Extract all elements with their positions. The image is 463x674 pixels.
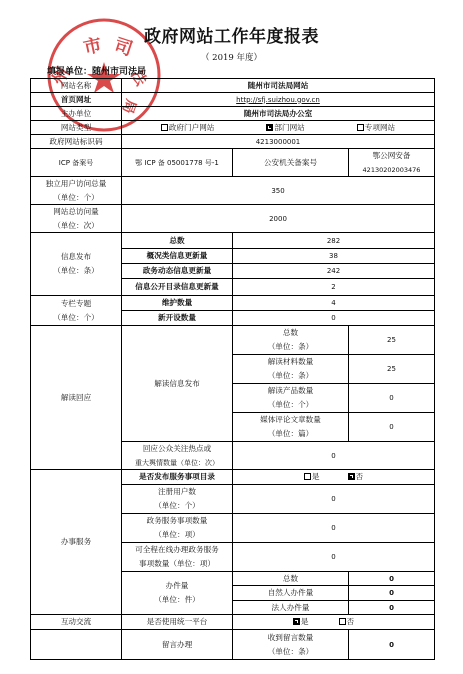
site-code-label: 政府网站标识码 — [30, 134, 122, 149]
interaction-label: 互动交流 — [30, 614, 122, 630]
interpret-product-label: 解读产品数量 （单位：个） — [232, 383, 349, 413]
sponsor-value: 随州市司法局办公室 — [121, 106, 435, 121]
site-code-value: 4213000001 — [121, 134, 435, 149]
cases-total-value: 0 — [348, 571, 435, 586]
info-catalog-value: 2 — [232, 278, 435, 296]
interpret-publish-label: 解读信息发布 — [121, 325, 233, 442]
info-publish-label: 信息发布 （单位：条） — [30, 232, 122, 296]
checkbox-unchecked-icon[interactable] — [304, 473, 311, 480]
site-name-value: 随州市司法局网站 — [121, 78, 435, 93]
filling-unit: 填报单位：随州市司法局 — [47, 64, 146, 77]
site-type-option-special[interactable]: 专项网站 — [357, 121, 395, 135]
service-items-label: 政务服务事项数量 （单位：项） — [121, 513, 233, 543]
unique-visitors-label: 独立用户访问总量 （单位：个） — [30, 176, 122, 205]
interpret-product-value: 0 — [348, 383, 435, 413]
icp-value: 鄂 ICP 备 05001778 号-1 — [121, 148, 233, 177]
icp-label: ICP 备案号 — [30, 148, 122, 177]
info-news-label: 政务动态信息更新量 — [121, 263, 233, 279]
site-type-option-department[interactable]: 部门网站 — [266, 121, 304, 135]
total-visits-value: 2000 — [121, 204, 435, 233]
filling-unit-label: 填报单位： — [47, 67, 92, 77]
site-type-option-portal[interactable]: 政府门户网站 — [161, 121, 215, 135]
interpret-material-value: 25 — [348, 354, 435, 384]
interpret-label: 解读回应 — [30, 325, 122, 470]
columns-new-label: 新开设数量 — [121, 310, 233, 326]
checkbox-checked-icon[interactable] — [348, 473, 355, 480]
sponsor-label: 主办单位 — [30, 106, 122, 121]
columns-maintained-value: 4 — [232, 295, 435, 311]
police-record-value: 鄂公网安备 42130202003476 — [348, 148, 435, 177]
report-year: （ 2019 年度） — [0, 51, 463, 63]
checkbox-unchecked-icon[interactable] — [339, 618, 346, 625]
unified-platform-options: 是 否 — [232, 614, 435, 630]
report-title: 政府网站工作年度报表 — [0, 22, 463, 47]
online-items-value: 0 — [232, 542, 435, 572]
hotspot-value: 0 — [232, 441, 435, 470]
info-overview-value: 38 — [232, 248, 435, 264]
catalog-option-yes[interactable]: 是 — [304, 470, 320, 484]
home-url-label: 首页网址 — [30, 92, 122, 107]
cases-total-label: 总数 — [232, 571, 349, 586]
home-url-link[interactable]: http://sfj.suizhou.gov.cn — [236, 93, 320, 107]
unified-platform-label: 是否使用统一平台 — [121, 614, 233, 630]
info-news-value: 242 — [232, 263, 435, 279]
site-type-label: 网站类型 — [30, 120, 122, 135]
catalog-published-label: 是否发布服务事项目录 — [121, 469, 233, 485]
interpret-media-value: 0 — [348, 412, 435, 442]
catalog-option-no[interactable]: 否 — [348, 470, 364, 484]
columns-label: 专栏专题 （单位：个） — [30, 295, 122, 326]
columns-maintained-label: 维护数量 — [121, 295, 233, 311]
site-type-options: 政府门户网站 部门网站 专项网站 — [121, 120, 435, 135]
registered-users-value: 0 — [232, 484, 435, 514]
home-url-cell: http://sfj.suizhou.gov.cn — [121, 92, 435, 107]
hotspot-label: 回应公众关注热点或 重大舆情数量（单位：次） — [121, 441, 233, 470]
interpret-material-label: 解读材料数量 （单位：条） — [232, 354, 349, 384]
columns-new-value: 0 — [232, 310, 435, 326]
interpret-total-label: 总数 （单位：条） — [232, 325, 349, 355]
police-record-label: 公安机关备案号 — [232, 148, 349, 177]
cases-natural-value: 0 — [348, 585, 435, 601]
cases-legal-label: 法人办件量 — [232, 600, 349, 615]
cases-legal-value: 0 — [348, 600, 435, 615]
cases-natural-label: 自然人办件量 — [232, 585, 349, 601]
checkbox-unchecked-icon[interactable] — [357, 124, 364, 131]
unique-visitors-value: 350 — [121, 176, 435, 205]
checkbox-unchecked-icon[interactable] — [161, 124, 168, 131]
site-name-label: 网站名称 — [30, 78, 122, 93]
info-catalog-label: 信息公开目录信息更新量 — [121, 278, 233, 296]
registered-users-label: 注册用户数 （单位：个） — [121, 484, 233, 514]
interpret-total-value: 25 — [348, 325, 435, 355]
checkbox-checked-icon[interactable] — [293, 618, 300, 625]
received-messages-label: 收到留言数量 （单位：条） — [232, 629, 349, 660]
info-total-value: 282 — [232, 232, 435, 249]
catalog-published-options: 是 否 — [232, 469, 435, 485]
info-total-label: 总数 — [121, 232, 233, 249]
filling-unit-value: 随州市司法局 — [92, 67, 146, 77]
interpret-media-label: 媒体评论文章数量 （单位：篇） — [232, 412, 349, 442]
online-items-label: 可全程在线办理政务服务 事项数量（单位：项） — [121, 542, 233, 572]
cases-label: 办件量 （单位：件） — [121, 571, 233, 615]
checkbox-checked-icon[interactable] — [266, 124, 273, 131]
platform-option-no[interactable]: 否 — [339, 615, 355, 629]
interaction-label-continued — [30, 629, 122, 660]
services-label: 办事服务 — [30, 469, 122, 615]
info-overview-label: 概况类信息更新量 — [121, 248, 233, 264]
message-handling-label: 留言办理 — [121, 629, 233, 660]
received-messages-value: 0 — [348, 629, 435, 660]
service-items-value: 0 — [232, 513, 435, 543]
platform-option-yes[interactable]: 是 — [293, 615, 309, 629]
total-visits-label: 网站总访问量 （单位：次） — [30, 204, 122, 233]
